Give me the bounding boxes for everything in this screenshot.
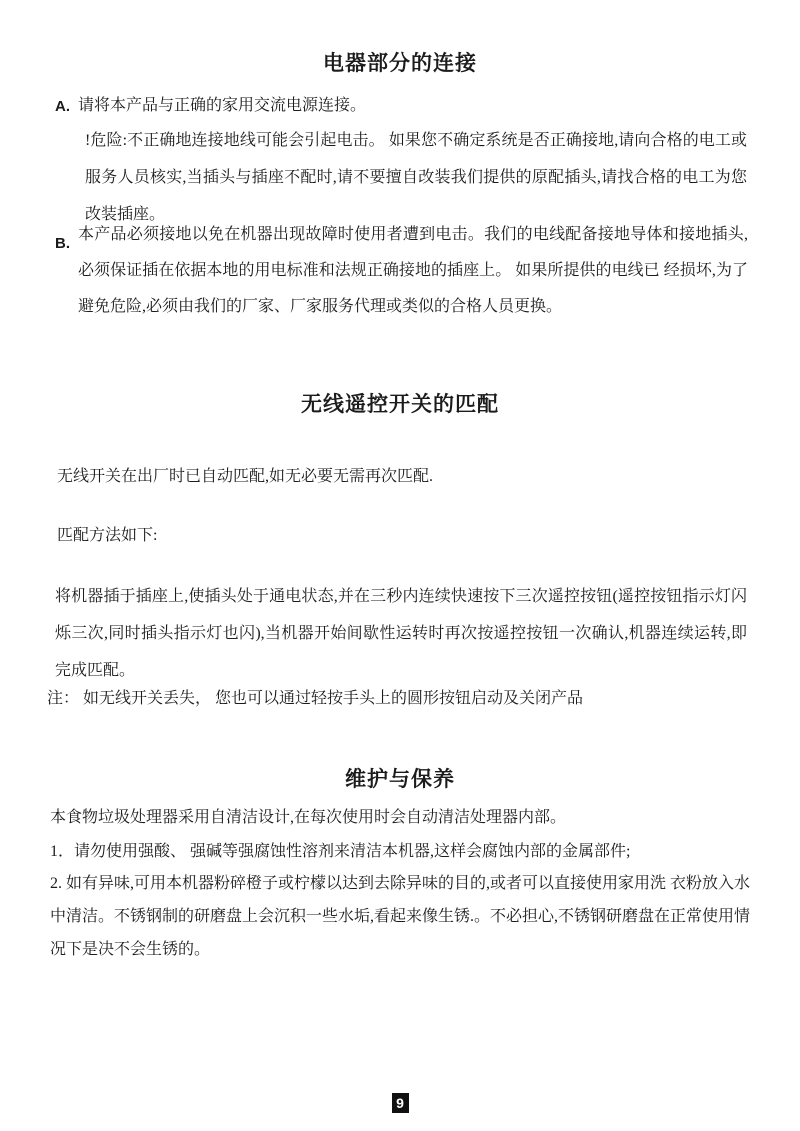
list-item-b-text: 本产品必须接地以免在机器出现故障时使用者遭到电击。我们的电线配备接地导体和接地插… xyxy=(78,226,748,315)
pairing-intro-paragraph: 无线开关在出厂时已自动匹配,如无必要无需再次匹配. xyxy=(57,467,800,487)
pairing-note-paragraph: 注： 如无线开关丢失， 您也可以通过轻按手头上的圆形按钮启动及关闭产品 xyxy=(47,687,747,711)
pairing-method-label: 匹配方法如下: xyxy=(57,526,800,546)
list-item-b: B.本产品必须接地以免在机器出现故障时使用者遭到电击。我们的电线配备接地导体和接… xyxy=(0,217,800,325)
list-item-b-marker: B. xyxy=(55,226,70,262)
maintenance-item-2: 2. 如有异味,可用本机器粉碎橙子或柠檬以达到去除异味的目的,或者可以直接使用家… xyxy=(50,867,750,966)
maintenance-intro-paragraph: 本食物垃圾处理器采用自清洁设计,在每次使用时会自动清洁处理器内部。 xyxy=(50,807,750,829)
section-title-electrical-connection: 电器部分的连接 xyxy=(0,50,800,76)
list-item-a-marker: A. xyxy=(55,97,70,117)
section-title-remote-pairing: 无线遥控开关的匹配 xyxy=(0,391,800,417)
pairing-steps-paragraph: 将机器插于插座上,使插头处于通电状态,并在三秒内连续快速按下三次遥控按钮(遥控按… xyxy=(55,578,747,689)
page-number-badge: 9 xyxy=(392,1093,409,1113)
section-title-maintenance: 维护与保养 xyxy=(0,766,800,792)
list-item-a-text: 请将本产品与正确的家用交流电源连接。 xyxy=(78,97,366,114)
list-item-a: A.请将本产品与正确的家用交流电源连接。 xyxy=(0,96,800,116)
maintenance-item-1: 1．请勿使用强酸、 强碱等强腐蚀性溶剂来清洁本机器,这样会腐蚀内部的金属部件; xyxy=(50,841,750,863)
manual-page: 电器部分的连接 A.请将本产品与正确的家用交流电源连接。 !危险:不正确地连接地… xyxy=(0,0,800,1131)
